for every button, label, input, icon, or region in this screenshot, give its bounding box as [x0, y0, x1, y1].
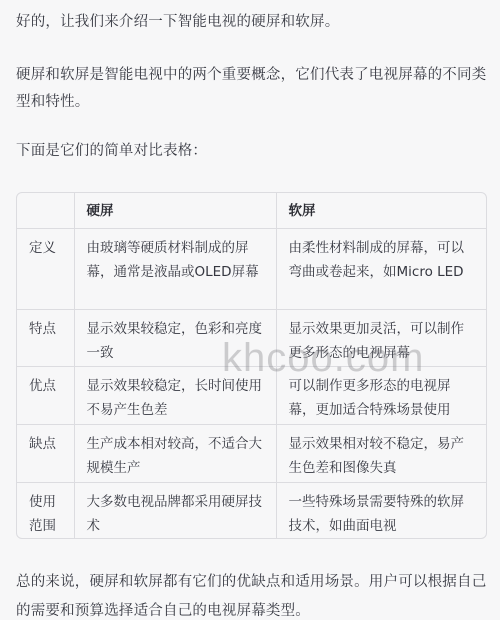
- table-intro-paragraph: 下面是它们的简单对比表格：: [16, 138, 488, 165]
- row-label: 使用范围: [17, 482, 74, 538]
- row-label: 特点: [17, 309, 74, 366]
- row-label: 缺点: [17, 424, 74, 482]
- soft-screen-cell: 显示效果更加灵活，可以制作更多形态的电视屏幕: [276, 309, 486, 366]
- hard-screen-cell: 大多数电视品牌都采用硬屏技术: [74, 482, 276, 538]
- hard-screen-cell: 由玻璃等硬质材料制成的屏幕，通常是液晶或OLED屏幕: [74, 228, 276, 309]
- table-row: 使用范围 大多数电视品牌都采用硬屏技术 一些特殊场景需要特殊的软屏技术，如曲面电…: [17, 482, 486, 538]
- soft-screen-cell: 显示效果相对较不稳定，易产生色差和图像失真: [276, 424, 486, 482]
- intro-paragraph: 好的，让我们来介绍一下智能电视的硬屏和软屏。: [16, 9, 488, 36]
- row-label: 优点: [17, 366, 74, 424]
- hard-screen-cell: 显示效果较稳定，长时间使用不易产生色差: [74, 366, 276, 424]
- comparison-table: 硬屏 软屏 定义 由玻璃等硬质材料制成的屏幕，通常是液晶或OLED屏幕 由柔性材…: [16, 192, 487, 539]
- conclusion-paragraph: 总的来说，硬屏和软屏都有它们的优缺点和适用场景。用户可以根据自己的需要和预算选择…: [16, 568, 488, 620]
- table-row: 缺点 生产成本相对较高，不适合大规模生产 显示效果相对较不稳定，易产生色差和图像…: [17, 424, 486, 482]
- row-label: 定义: [17, 228, 74, 309]
- hard-screen-cell: 显示效果较稳定，色彩和亮度一致: [74, 309, 276, 366]
- hard-screen-cell: 生产成本相对较高，不适合大规模生产: [74, 424, 276, 482]
- header-cell-hard-screen: 硬屏: [74, 193, 276, 228]
- description-paragraph: 硬屏和软屏是智能电视中的两个重要概念，它们代表了电视屏幕的不同类型和特性。: [16, 62, 488, 116]
- soft-screen-cell: 由柔性材料制成的屏幕，可以弯曲或卷起来，如Micro LED: [276, 228, 486, 309]
- soft-screen-cell: 可以制作更多形态的电视屏幕，更加适合特殊场景使用: [276, 366, 486, 424]
- table-header-row: 硬屏 软屏: [17, 193, 486, 228]
- header-cell-soft-screen: 软屏: [276, 193, 486, 228]
- soft-screen-cell: 一些特殊场景需要特殊的软屏技术，如曲面电视: [276, 482, 486, 538]
- header-cell-empty: [17, 193, 74, 228]
- table-row: 定义 由玻璃等硬质材料制成的屏幕，通常是液晶或OLED屏幕 由柔性材料制成的屏幕…: [17, 228, 486, 309]
- table-row: 优点 显示效果较稳定，长时间使用不易产生色差 可以制作更多形态的电视屏幕，更加适…: [17, 366, 486, 424]
- table-row: 特点 显示效果较稳定，色彩和亮度一致 显示效果更加灵活，可以制作更多形态的电视屏…: [17, 309, 486, 366]
